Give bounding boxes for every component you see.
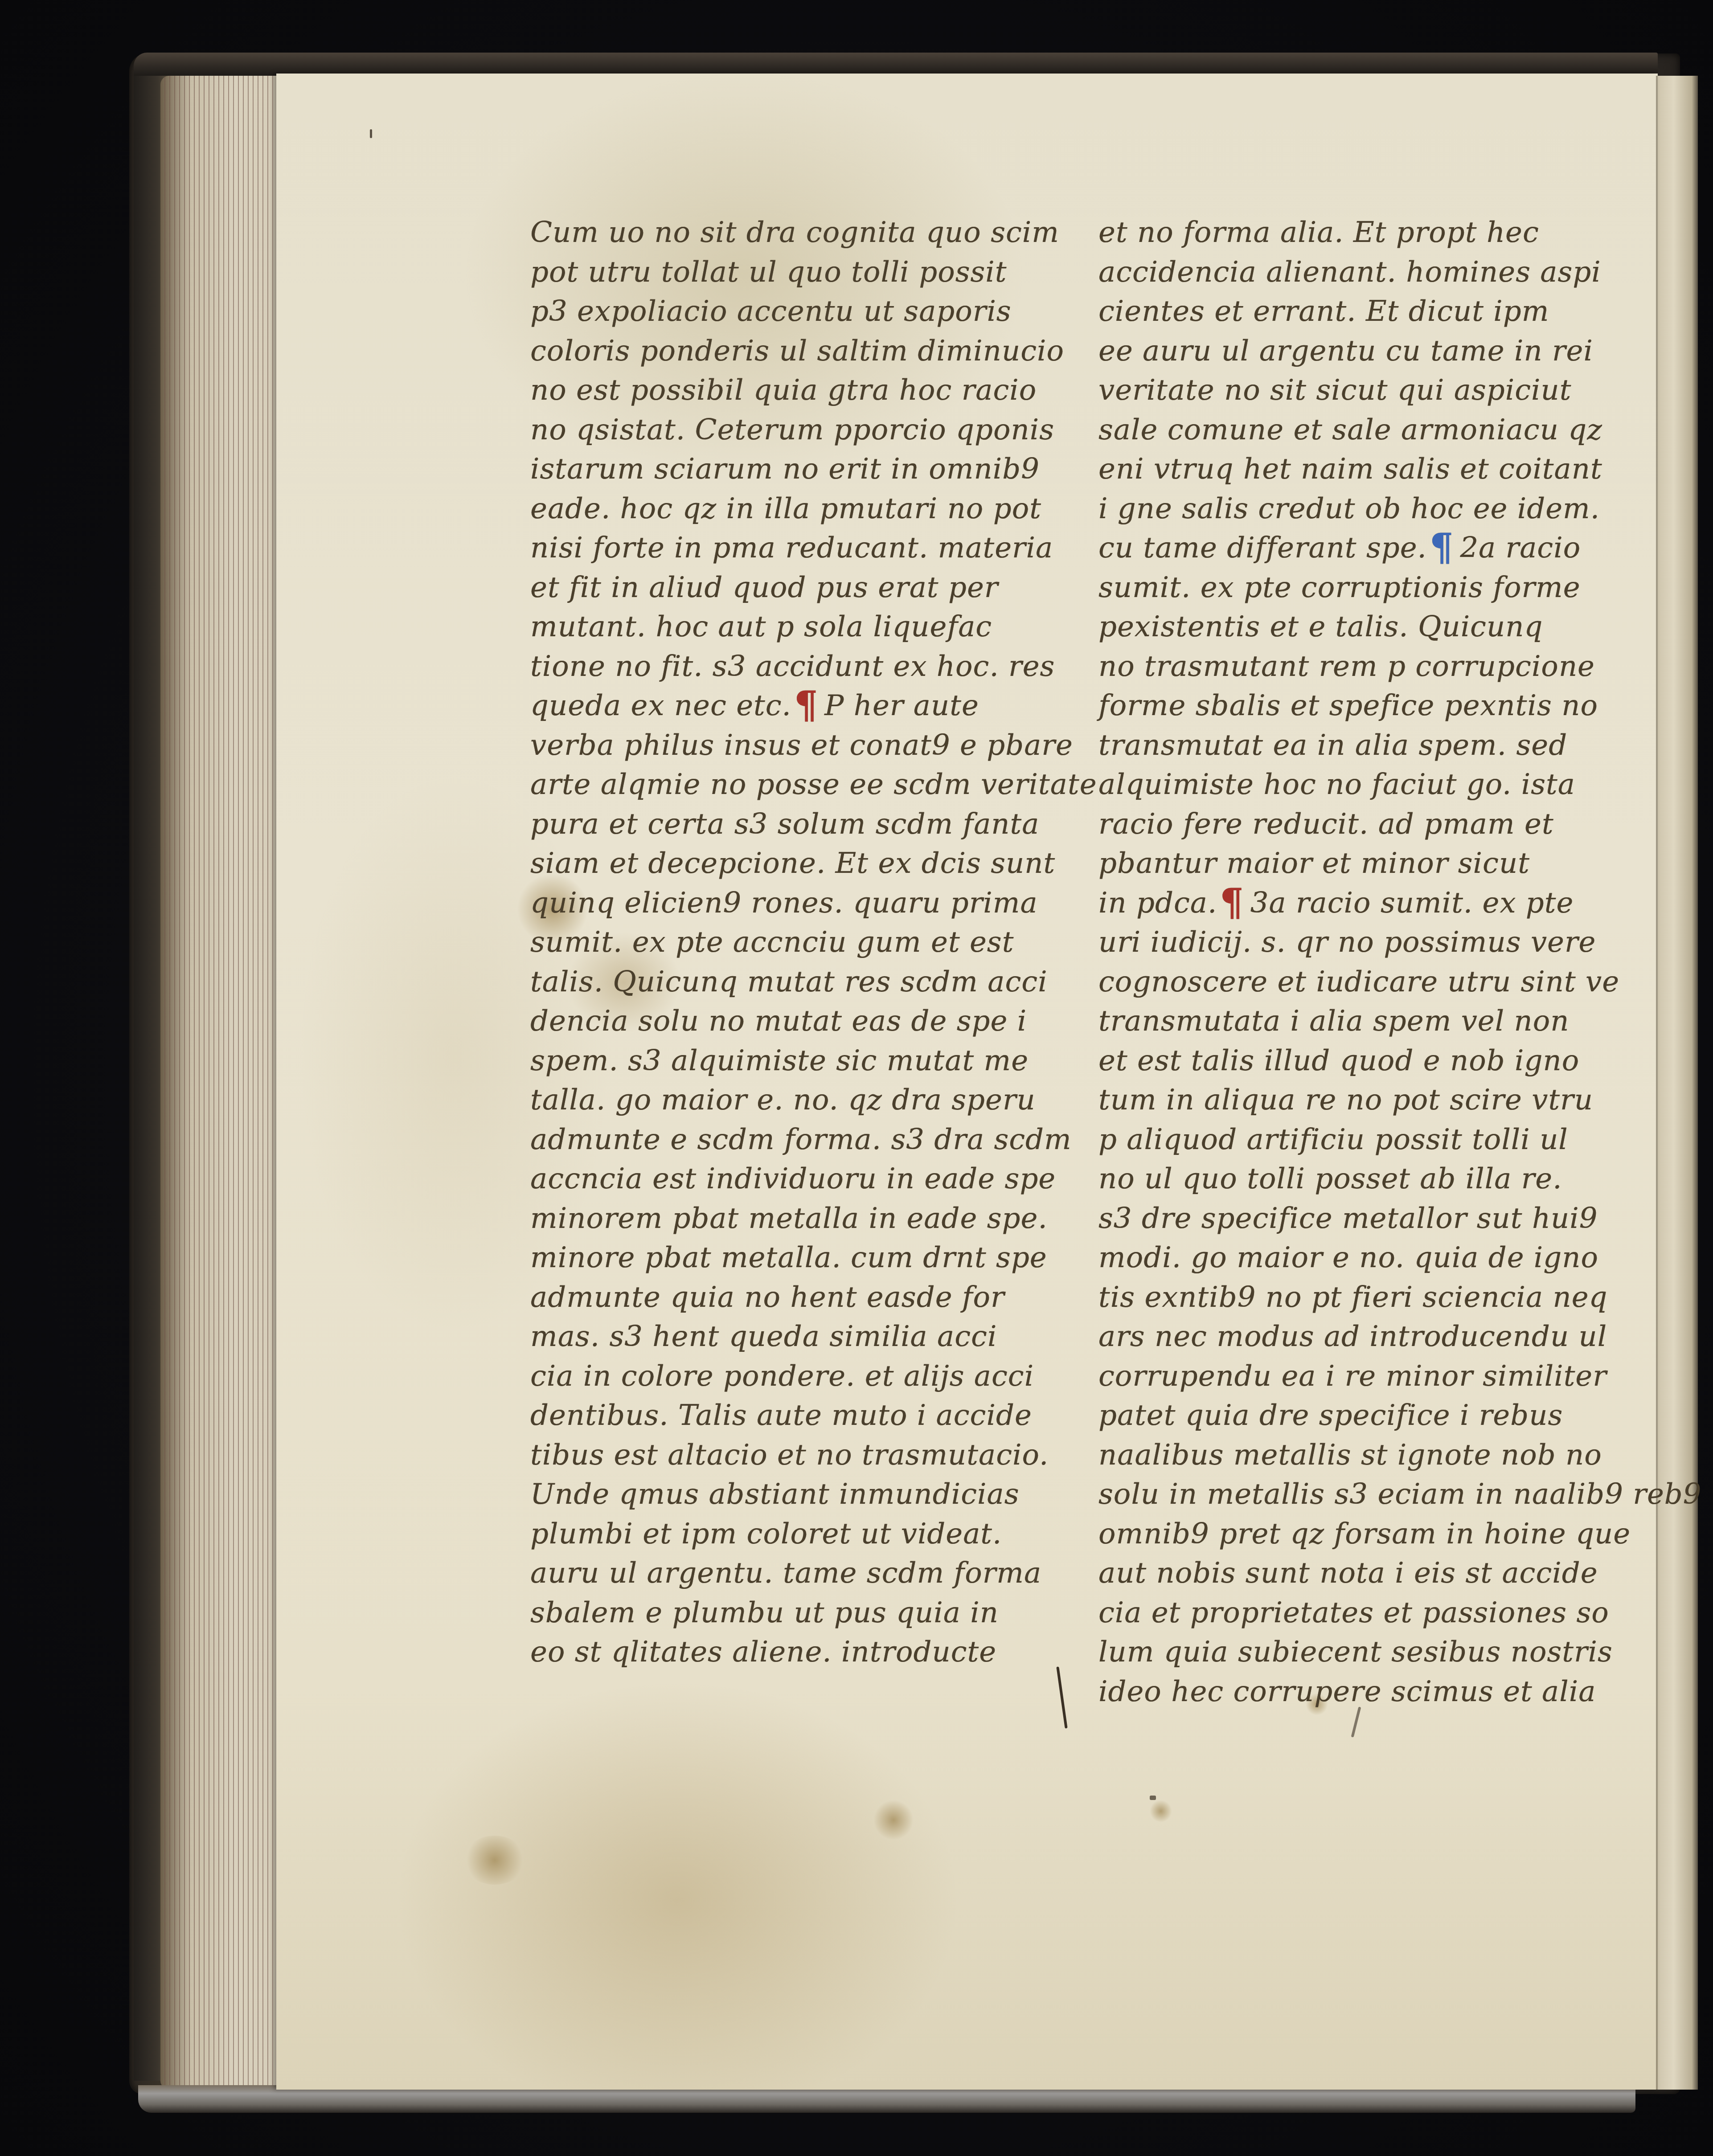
text-line: Unde qmus abstiant inmundicias (530, 1475, 1029, 1514)
text-line: naalibus metallis st ignote nob no (1098, 1436, 1580, 1475)
text-line: talla. go maior e. no. qz dra speru (530, 1080, 1029, 1120)
text-segment: in pdca. (1098, 887, 1217, 920)
text-line: patet quia dre specifice i rebus (1098, 1396, 1580, 1436)
text-line: forme sbalis et spefice pexntis no (1098, 686, 1580, 726)
right-text-column: et no forma alia. Et propt hec accidenci… (1098, 213, 1580, 1711)
text-line: accidencia alienant. homines aspi (1098, 253, 1580, 292)
text-line: eni vtruq het naim salis et coitant (1098, 450, 1580, 489)
text-line: aut nobis sunt nota i eis st accide (1098, 1554, 1580, 1593)
pilcrow-red-icon: ¶ (794, 691, 818, 718)
text-line: tibus est altacio et no trasmutacio. (530, 1436, 1029, 1475)
text-line: corrupendu ea i re minor similiter (1098, 1357, 1580, 1396)
text-line-with-rubric: in pdca.¶3a racio sumit. ex pte (1098, 884, 1580, 923)
text-line: cognoscere et iudicare utru sint ve (1098, 962, 1580, 1002)
text-line: sumit. ex pte accnciu gum et est (530, 923, 1029, 962)
text-segment: P her aute (824, 689, 979, 722)
text-line: plumbi et ipm coloret ut videat. (530, 1514, 1029, 1554)
text-line: pexistentis et e talis. Quicunq (1098, 607, 1580, 647)
text-line: no est possibil quia gtra hoc racio (530, 371, 1029, 410)
text-line: transmutata i alia spem vel non (1098, 1002, 1580, 1041)
text-line: transmutat ea in alia spem. sed (1098, 726, 1580, 765)
text-segment: cu tame differant spe. (1098, 532, 1427, 565)
text-line: ee auru ul argentu cu tame in rei (1098, 331, 1580, 371)
text-line: auru ul argentu. tame scdm forma (530, 1554, 1029, 1593)
text-line: eade. hoc qz in illa pmutari no pot (530, 489, 1029, 529)
text-line: siam et decepcione. Et ex dcis sunt (530, 844, 1029, 884)
text-line: coloris ponderis ul saltim diminucio (530, 331, 1029, 371)
stray-ink-mark (1150, 1796, 1156, 1800)
pilcrow-blue-icon: ¶ (1430, 534, 1454, 560)
text-line: ideo hec corrupere scimus et alia (1098, 1672, 1580, 1712)
text-line: dentibus. Talis aute muto i accide (530, 1396, 1029, 1436)
facing-page-edge (1658, 76, 1698, 2090)
text-line: uri iudicij. s. qr no possimus vere (1098, 923, 1580, 962)
water-stain (463, 1836, 526, 1885)
text-line: veritate no sit sicut qui aspiciut (1098, 371, 1580, 410)
text-line: lum quia subiecent sesibus nostris (1098, 1632, 1580, 1672)
text-line: pbantur maior et minor sicut (1098, 844, 1580, 884)
text-line: nisi forte in pma reducant. materia (530, 528, 1029, 568)
text-line: cientes et errant. Et dicut ipm (1098, 292, 1580, 331)
text-line: et fit in aliud quod pus erat per (530, 568, 1029, 608)
text-line: et est talis illud quod e nob igno (1098, 1041, 1580, 1081)
page-stack-fore-edge (160, 76, 285, 2090)
text-line: talis. Quicunq mutat res scdm acci (530, 962, 1029, 1002)
text-line: cia et proprietates et passiones so (1098, 1593, 1580, 1633)
text-line: i gne salis credut ob hoc ee idem. (1098, 489, 1580, 529)
text-line: sumit. ex pte corruptionis forme (1098, 568, 1580, 608)
text-line: no ul quo tolli posset ab illa re. (1098, 1159, 1580, 1199)
text-line: mas. s3 hent queda similia acci (530, 1317, 1029, 1357)
text-line: dencia solu no mutat eas de spe i (530, 1002, 1029, 1041)
text-line: no qsistat. Ceterum pporcio qponis (530, 410, 1029, 450)
text-line: verba philus insus et conat9 e pbare (530, 726, 1029, 765)
manuscript-photo: Cum uo no sit dra cognita quo scim pot u… (0, 0, 1713, 2156)
text-line: cia in colore pondere. et alijs acci (530, 1357, 1029, 1396)
text-line: et no forma alia. Et propt hec (1098, 213, 1580, 253)
text-line: accncia est individuoru in eade spe (530, 1159, 1029, 1199)
stray-ink-mark (370, 129, 372, 138)
text-line-with-rubric: queda ex nec etc.¶P her aute (530, 686, 1029, 726)
text-line: tis exntib9 no pt fieri sciencia neq (1098, 1278, 1580, 1317)
spot-stain (1150, 1800, 1172, 1822)
text-line: tione no fit. s3 accidunt ex hoc. res (530, 647, 1029, 687)
text-line: minore pbat metalla. cum drnt spe (530, 1238, 1029, 1278)
text-line: Cum uo no sit dra cognita quo scim (530, 213, 1029, 253)
text-line: mutant. hoc aut p sola liquefac (530, 607, 1029, 647)
text-segment: 2a racio (1460, 532, 1581, 565)
binding-top-edge (134, 53, 1658, 76)
gutter-fold (1656, 76, 1658, 2090)
water-stain (873, 1800, 914, 1840)
text-line: pura et certa s3 solum scdm fanta (530, 805, 1029, 844)
text-line: racio fere reducit. ad pmam et (1098, 805, 1580, 844)
text-line-with-rubric: cu tame differant spe.¶2a racio (1098, 528, 1580, 568)
text-line: arte alqmie no posse ee scdm veritate (530, 765, 1029, 805)
text-line: no trasmutant rem p corrupcione (1098, 647, 1580, 687)
text-line: ars nec modus ad introducendu ul (1098, 1317, 1580, 1357)
text-line: solu in metallis s3 eciam in naalib9 reb… (1098, 1475, 1580, 1514)
text-segment: 3a racio sumit. ex pte (1250, 887, 1574, 920)
text-line: modi. go maior e no. quia de igno (1098, 1238, 1580, 1278)
text-line: pot utru tollat ul quo tolli possit (530, 253, 1029, 292)
text-line: sale comune et sale armoniacu qz (1098, 410, 1580, 450)
pilcrow-red-icon: ¶ (1220, 889, 1244, 916)
left-text-column: Cum uo no sit dra cognita quo scim pot u… (530, 213, 1029, 1672)
text-line: tum in aliqua re no pot scire vtru (1098, 1080, 1580, 1120)
text-line: istarum sciarum no erit in omnib9 (530, 450, 1029, 489)
text-line: alquimiste hoc no faciut go. ista (1098, 765, 1580, 805)
text-line: admunte e scdm forma. s3 dra scdm (530, 1120, 1029, 1160)
text-line: admunte quia no hent easde for (530, 1278, 1029, 1317)
text-line: s3 dre specifice metallor sut hui9 (1098, 1199, 1580, 1239)
text-line: spem. s3 alquimiste sic mutat me (530, 1041, 1029, 1081)
text-line: quinq elicien9 rones. quaru prima (530, 884, 1029, 923)
text-line: eo st qlitates aliene. introducte (530, 1632, 1029, 1672)
text-line: omnib9 pret qz forsam in hoine que (1098, 1514, 1580, 1554)
text-line: minorem pbat metalla in eade spe. (530, 1199, 1029, 1239)
text-segment: queda ex nec etc. (530, 689, 791, 722)
text-line: p3 expoliacio accentu ut saporis (530, 292, 1029, 331)
text-line: sbalem e plumbu ut pus quia in (530, 1593, 1029, 1633)
text-line: p aliquod artificiu possit tolli ul (1098, 1120, 1580, 1160)
